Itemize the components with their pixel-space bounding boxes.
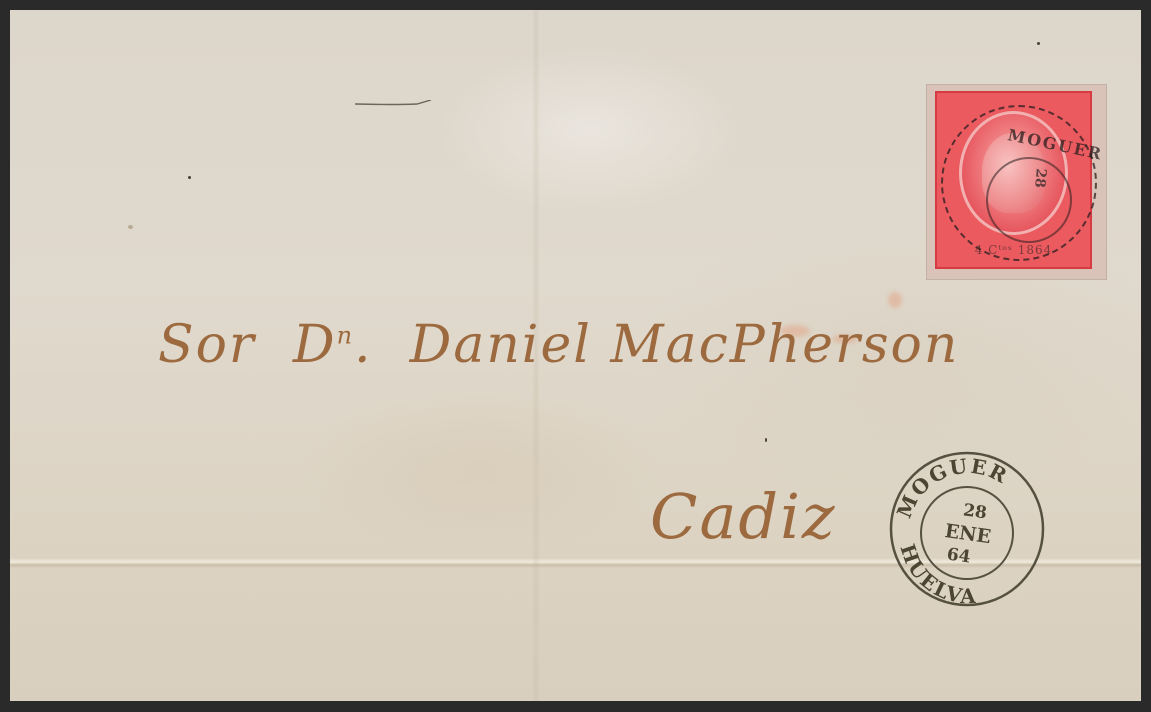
cancel-day: 28	[1031, 168, 1049, 189]
address-line-name: Sor Dn. Daniel MacPherson	[158, 315, 959, 375]
postmark-year: 64	[946, 545, 972, 568]
paper-speck	[128, 225, 133, 229]
postage-stamp: 4 Cᵗᵒˢ 1864 MOGUER 28	[927, 85, 1106, 279]
stamp-cancellation: MOGUER 28	[941, 105, 1097, 261]
postmark-day: 28	[962, 500, 988, 523]
cancel-date: 28	[1030, 162, 1051, 193]
postmark: MOGUER HUELVA 28 ENE 64	[888, 450, 1046, 608]
address-name: Daniel MacPherson	[410, 315, 960, 375]
postmark-town: MOGUER	[892, 454, 1013, 522]
paper-speck	[188, 176, 191, 179]
cancel-inner-ring	[986, 157, 1072, 243]
address-title-suffix: n	[337, 322, 354, 350]
paper-speck	[765, 438, 767, 442]
address-title: D	[293, 315, 337, 375]
ink-stain	[888, 292, 902, 308]
address-salutation: Sor	[158, 315, 256, 375]
svg-text:MOGUER: MOGUER	[892, 454, 1013, 522]
paper-speck	[1037, 42, 1040, 45]
address-line-city: Cadiz	[650, 480, 837, 553]
postmark-seal: MOGUER HUELVA 28 ENE 64	[888, 450, 1046, 608]
pen-stroke	[355, 100, 433, 106]
